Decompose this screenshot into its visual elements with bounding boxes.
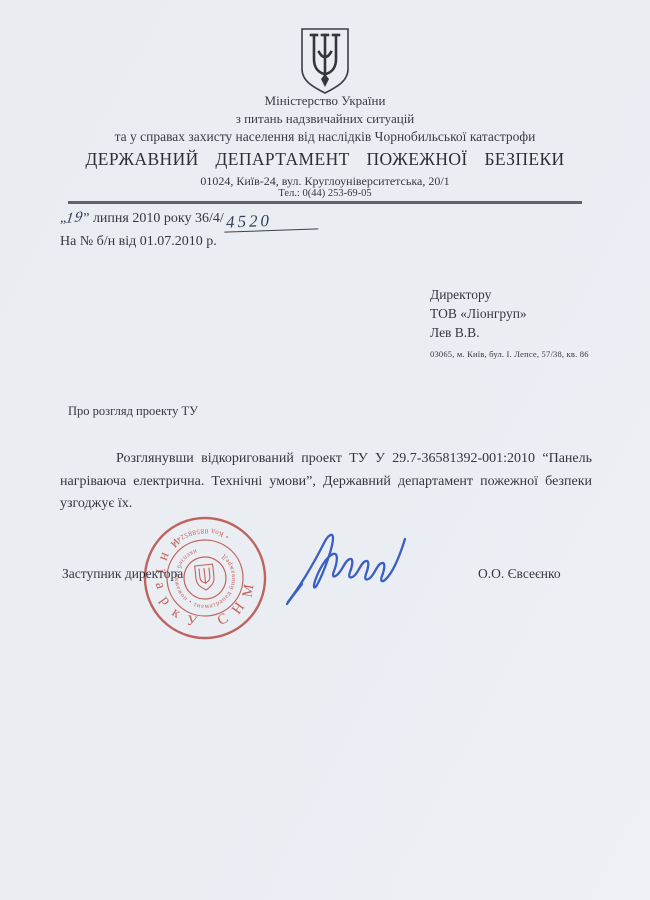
- ukraine-trident-emblem-icon: [297, 26, 353, 98]
- scanned-letter-page: Міністерство України з питань надзвичайн…: [0, 0, 650, 900]
- department-address: 01024, Київ-24, вул. Круглоуніверситетсь…: [0, 174, 650, 189]
- recipient-address: 03065, м. Київ, бул. І. Лепсе, 57/38, кв…: [430, 345, 589, 364]
- trident-base-spike: [321, 74, 329, 87]
- ministry-line-1: Міністерство України: [0, 92, 650, 110]
- signer-name: О.О. Євсеєнко: [478, 566, 561, 582]
- stamp-center-trident-icon: [195, 564, 216, 591]
- official-round-stamp: инїаркУ СНМ • Код 08588524 • икепзеб їон…: [132, 505, 277, 650]
- ministry-line-3: та у справах захисту населення від наслі…: [0, 128, 650, 146]
- recipient-block: Директору ТОВ «Ліонгруп» Лев В.В. 03065,…: [430, 285, 589, 364]
- subject-line: Про розгляд проекту ТУ: [68, 404, 198, 419]
- ministry-line-2: з питань надзвичайних ситуацій: [0, 110, 650, 128]
- reply-reference-line: На № б/н від 01.07.2010 р.: [60, 234, 217, 250]
- handwritten-signature: [282, 526, 432, 608]
- printed-date-text: липня 2010 року 36/4/: [89, 211, 223, 226]
- header-divider-rule: [68, 201, 582, 204]
- recipient-name: Лев В.В.: [430, 323, 589, 342]
- department-phone: Тел.: 0(44) 253-69-05: [0, 188, 650, 199]
- recipient-company: ТОВ «Ліонгруп»: [430, 304, 589, 323]
- ministry-header: Міністерство України з питань надзвичайн…: [0, 92, 650, 146]
- handwritten-outgoing-number: 4520: [223, 209, 318, 232]
- body-paragraph: Розглянувши відкоригований проект ТУ У 2…: [60, 448, 592, 516]
- outgoing-date-line: „19” липня 2010 року 36/4/4520: [60, 210, 318, 231]
- department-title: ДЕРЖАВНИЙ ДЕПАРТАМЕНТ ПОЖЕЖНОЇ БЕЗПЕКИ: [0, 149, 650, 170]
- handwritten-day: 19: [65, 209, 85, 228]
- recipient-role: Директору: [430, 285, 589, 304]
